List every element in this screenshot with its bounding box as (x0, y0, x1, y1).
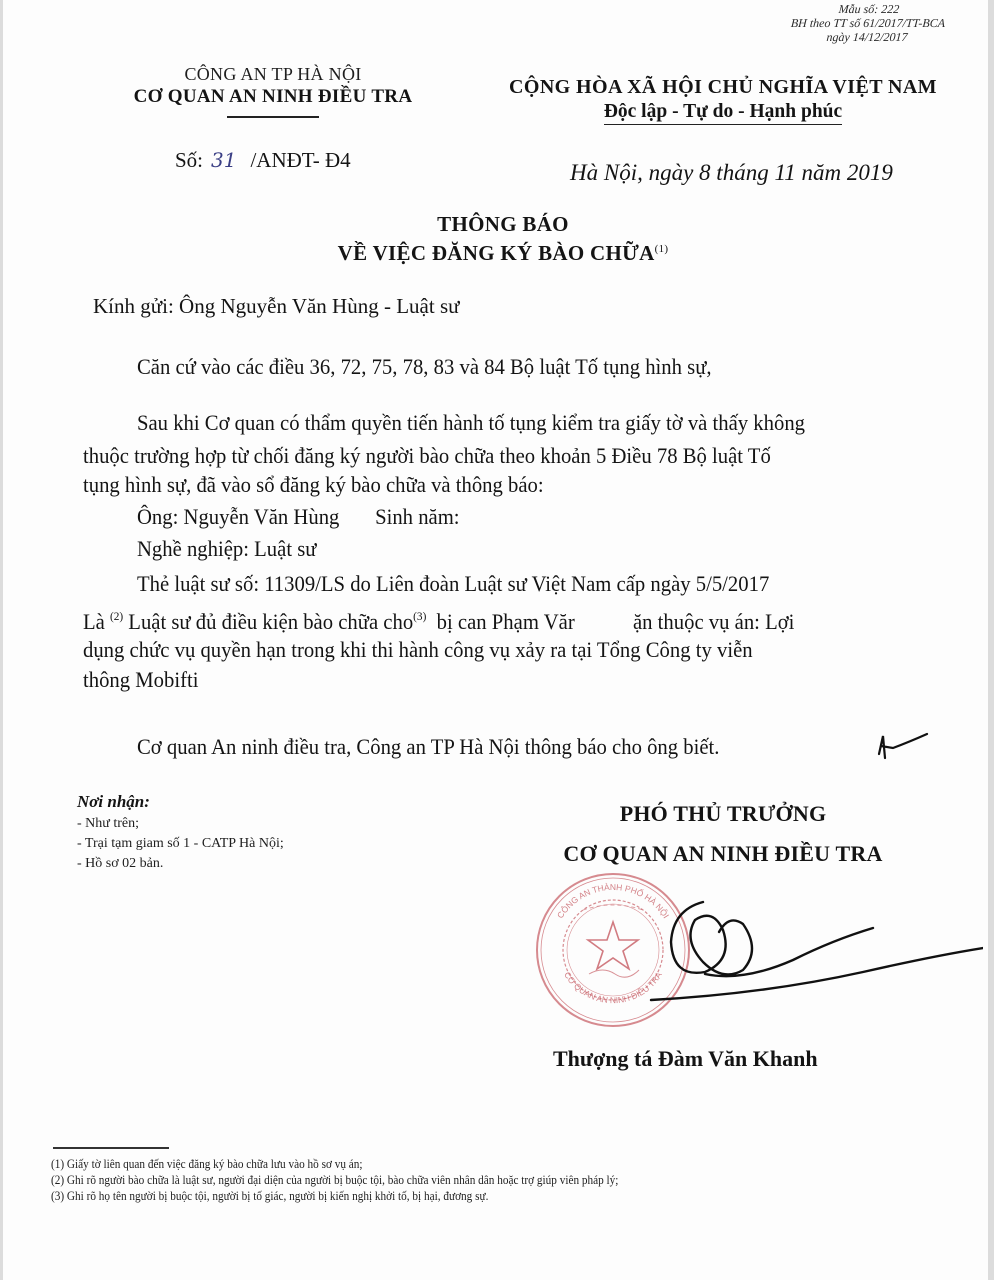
defense-scope-line2: dụng chức vụ quyền hạn trong khi thi hàn… (83, 633, 753, 666)
footnote-divider (53, 1147, 169, 1149)
signature (643, 890, 983, 1010)
footnote-ref-2: (2) (110, 609, 123, 623)
addressee: Kính gửi: Ông Nguyễn Văn Hùng - Luật sư (93, 294, 460, 319)
license-info: Thẻ luật sư số: 11309/LS do Liên đoàn Lu… (137, 567, 769, 600)
title-line2: VỀ VIỆC ĐĂNG KÝ BÀO CHỮA (338, 241, 655, 265)
title-footnote-ref: (1) (655, 243, 669, 255)
legal-basis: Căn cứ vào các điều 36, 72, 75, 78, 83 v… (137, 350, 712, 383)
agency-department: CƠ QUAN AN NINH ĐIỀU TRA (63, 86, 483, 108)
document-page: Mẫu số: 222 BH theo TT số 61/2017/TT-BCA… (3, 0, 988, 1280)
recipient-item: - Trại tạm giam số 1 - CATP Hà Nội; (77, 834, 284, 854)
occupation: Nghề nghiệp: Luật sư (137, 532, 316, 565)
defendant-name: bị can Phạm Văr (437, 609, 575, 634)
recipient-item: - Như trên; (77, 814, 284, 834)
agency-parent: CÔNG AN TP HÀ NỘI (63, 62, 483, 86)
paragraph-2-line3: tụng hình sự, đã vào sổ đăng ký bào chữa… (83, 468, 544, 501)
national-header: CỘNG HÒA XÃ HỘI CHỦ NGHĨA VIỆT NAM Độc l… (483, 74, 963, 125)
paragraph-2-line1: Sau khi Cơ quan có thẩm quyền tiến hành … (137, 406, 805, 439)
issuing-agency: CÔNG AN TP HÀ NỘI CƠ QUAN AN NINH ĐIỀU T… (63, 62, 483, 118)
p6-mid: Luật sư đủ điều kiện bào chữa cho (128, 609, 413, 634)
lawyer-name-line: Ông: Nguyễn Văn HùngSinh năm: (137, 500, 460, 533)
recipient-item: - Hồ sơ 02 bản. (77, 854, 284, 874)
signer-title: PHÓ THỦ TRƯỞNG CƠ QUAN AN NINH ĐIỀU TRA (483, 794, 963, 874)
footnote-ref-3: (3) (413, 609, 426, 623)
footnote-3: (3) Ghi rõ họ tên người bị buộc tội, ngư… (51, 1188, 618, 1204)
initial-mark (875, 724, 935, 764)
recipients-label: Nơi nhận: (77, 790, 284, 814)
p6-tail: ặn thuộc vụ án: Lợi (633, 609, 794, 634)
p6-prefix: Là (83, 609, 105, 634)
form-code-line1: Mẫu số: 222 (763, 2, 974, 16)
document-number-label: Số: (175, 148, 203, 172)
title-line1: THÔNG BÁO (243, 212, 763, 237)
agency-underline (227, 116, 319, 118)
date-line: Hà Nội, ngày 8 tháng 11 năm 2019 (570, 160, 893, 186)
form-code-line2: BH theo TT số 61/2017/TT-BCA (763, 16, 974, 30)
document-number-suffix: /ANĐT- Đ4 (250, 148, 350, 172)
document-number-value: 31 (211, 148, 236, 172)
recipients: Nơi nhận: - Như trên; - Trại tạm giam số… (77, 790, 284, 874)
footnotes: (1) Giấy tờ liên quan đến việc đăng ký b… (51, 1156, 618, 1204)
document-number: Số:31/ANĐT- Đ4 (175, 148, 351, 173)
closing-statement: Cơ quan An ninh điều tra, Công an TP Hà … (137, 730, 719, 763)
national-motto: Độc lập - Tự do - Hạnh phúc (604, 100, 842, 125)
form-code: Mẫu số: 222 BH theo TT số 61/2017/TT-BCA… (742, 2, 975, 44)
lawyer-name: Ông: Nguyễn Văn Hùng (137, 504, 339, 529)
footnote-2: (2) Ghi rõ người bào chữa là luật sư, ng… (51, 1172, 618, 1188)
signer-name: Thượng tá Đàm Văn Khanh (553, 1046, 818, 1072)
signer-position: PHÓ THỦ TRƯỞNG (483, 794, 963, 834)
birth-year-label: Sinh năm: (375, 504, 459, 529)
signer-agency: CƠ QUAN AN NINH ĐIỀU TRA (483, 834, 963, 874)
footnote-1: (1) Giấy tờ liên quan đến việc đăng ký b… (51, 1156, 618, 1172)
defense-scope-line3: thông Mobifti (83, 663, 198, 696)
document-title: THÔNG BÁO VỀ VIỆC ĐĂNG KÝ BÀO CHỮA(1) (243, 212, 763, 266)
country-name: CỘNG HÒA XÃ HỘI CHỦ NGHĨA VIỆT NAM (483, 74, 963, 100)
form-code-line3: ngày 14/12/2017 (762, 30, 973, 44)
